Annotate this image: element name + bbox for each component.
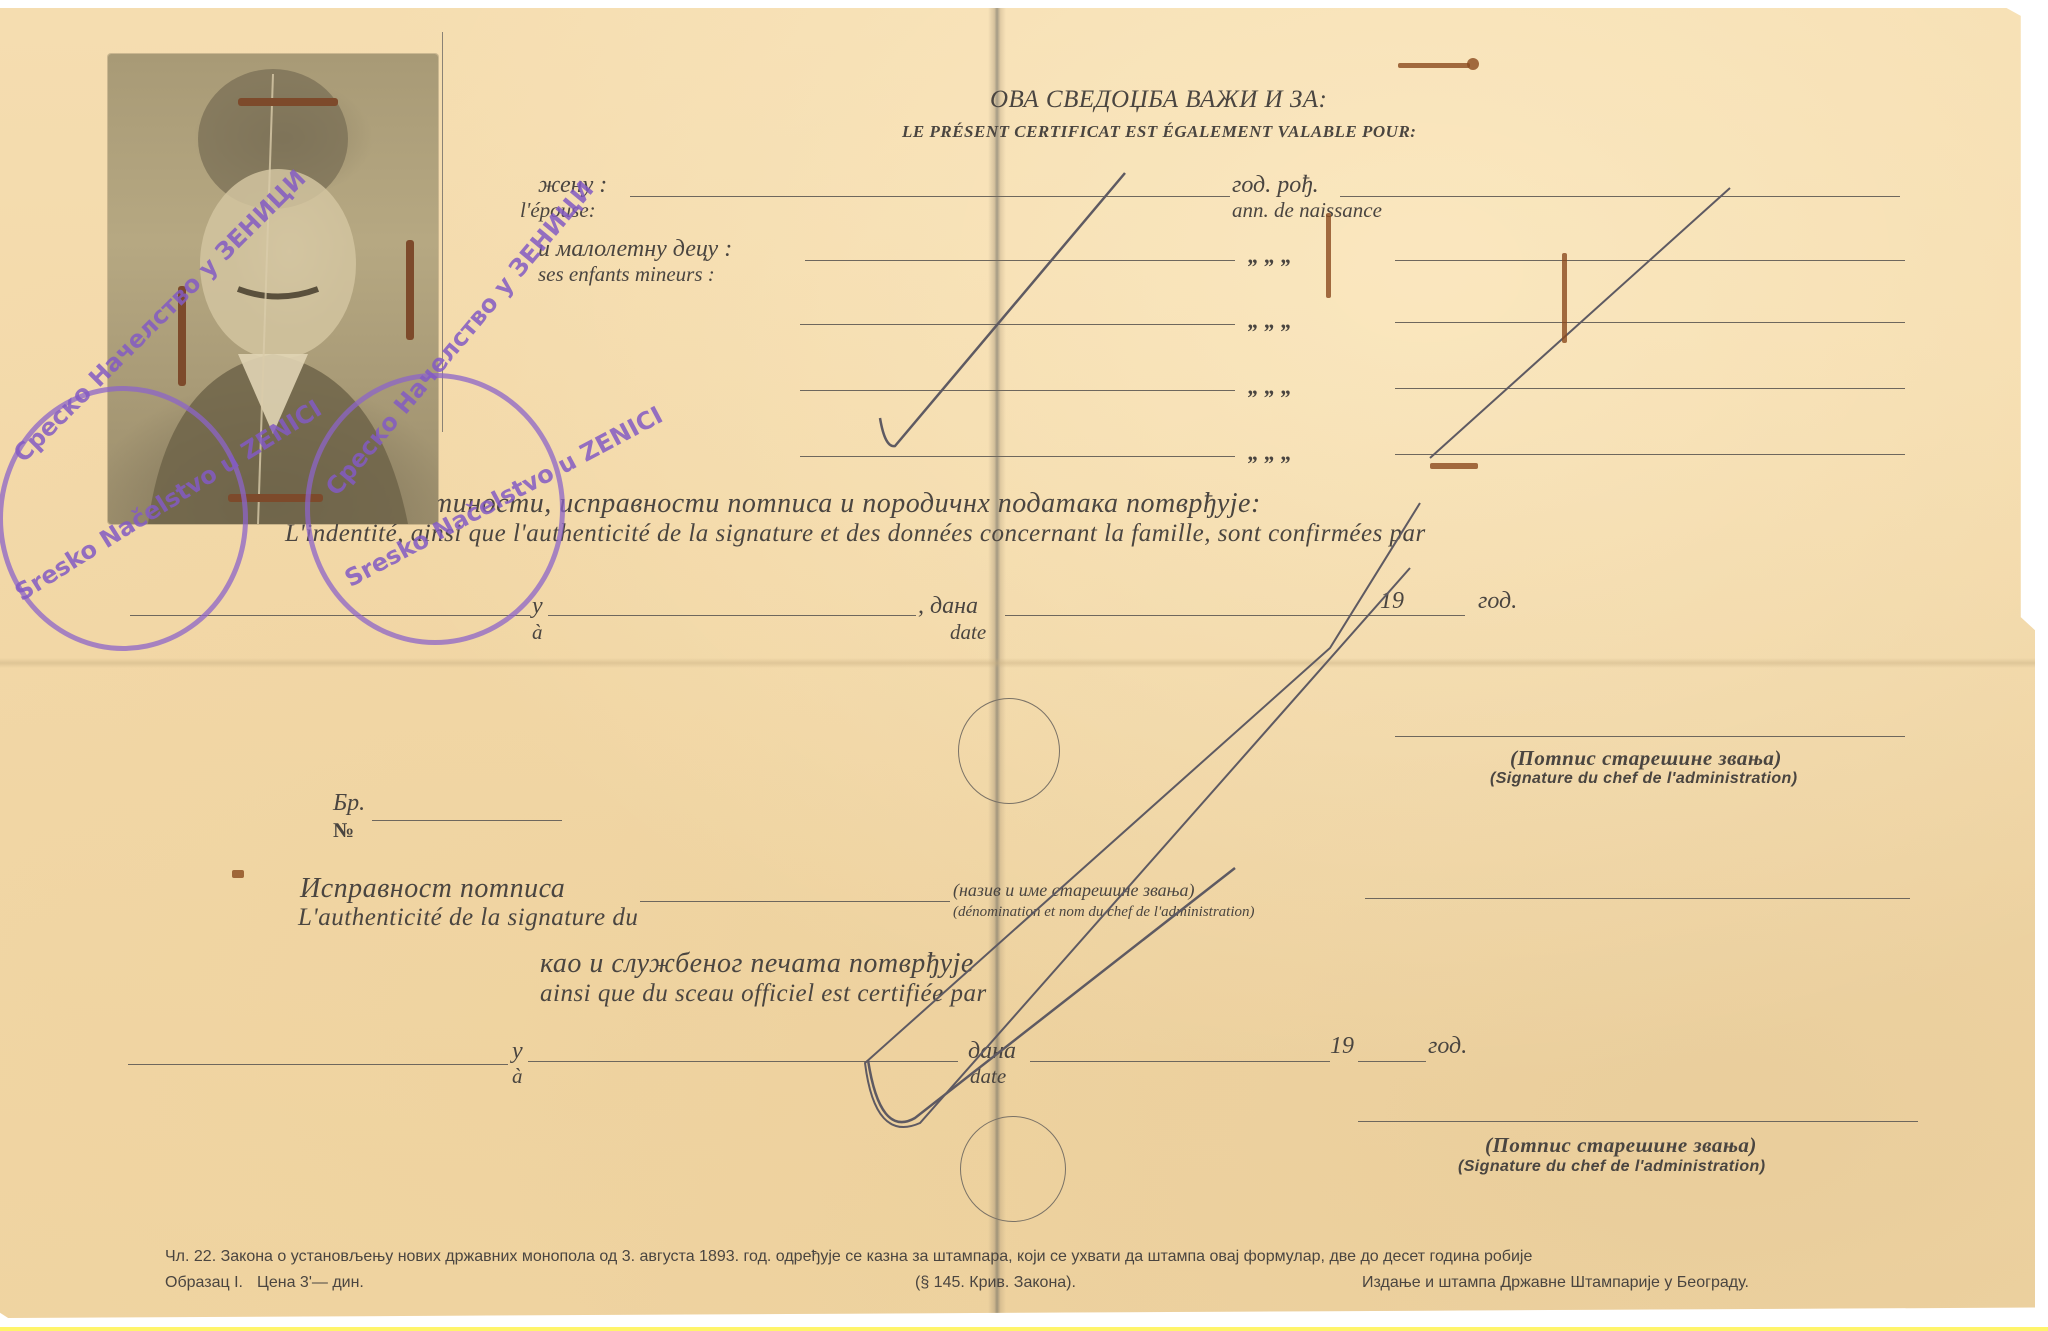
rust-stain — [1467, 58, 1479, 70]
rust-stain — [1326, 213, 1331, 298]
scan-edge-strip — [0, 1327, 2048, 1331]
document-paper: ОВА СВЕДОЏБА ВАЖИ И ЗА: LE PRÉSENT CERTI… — [0, 8, 2035, 1318]
rust-stain — [1430, 463, 1478, 469]
staple — [238, 98, 338, 106]
rust-stain — [232, 870, 244, 878]
official-stamp-right — [305, 373, 565, 645]
rust-stain — [1398, 63, 1470, 68]
staple — [406, 240, 414, 340]
rust-stain — [1562, 253, 1567, 343]
